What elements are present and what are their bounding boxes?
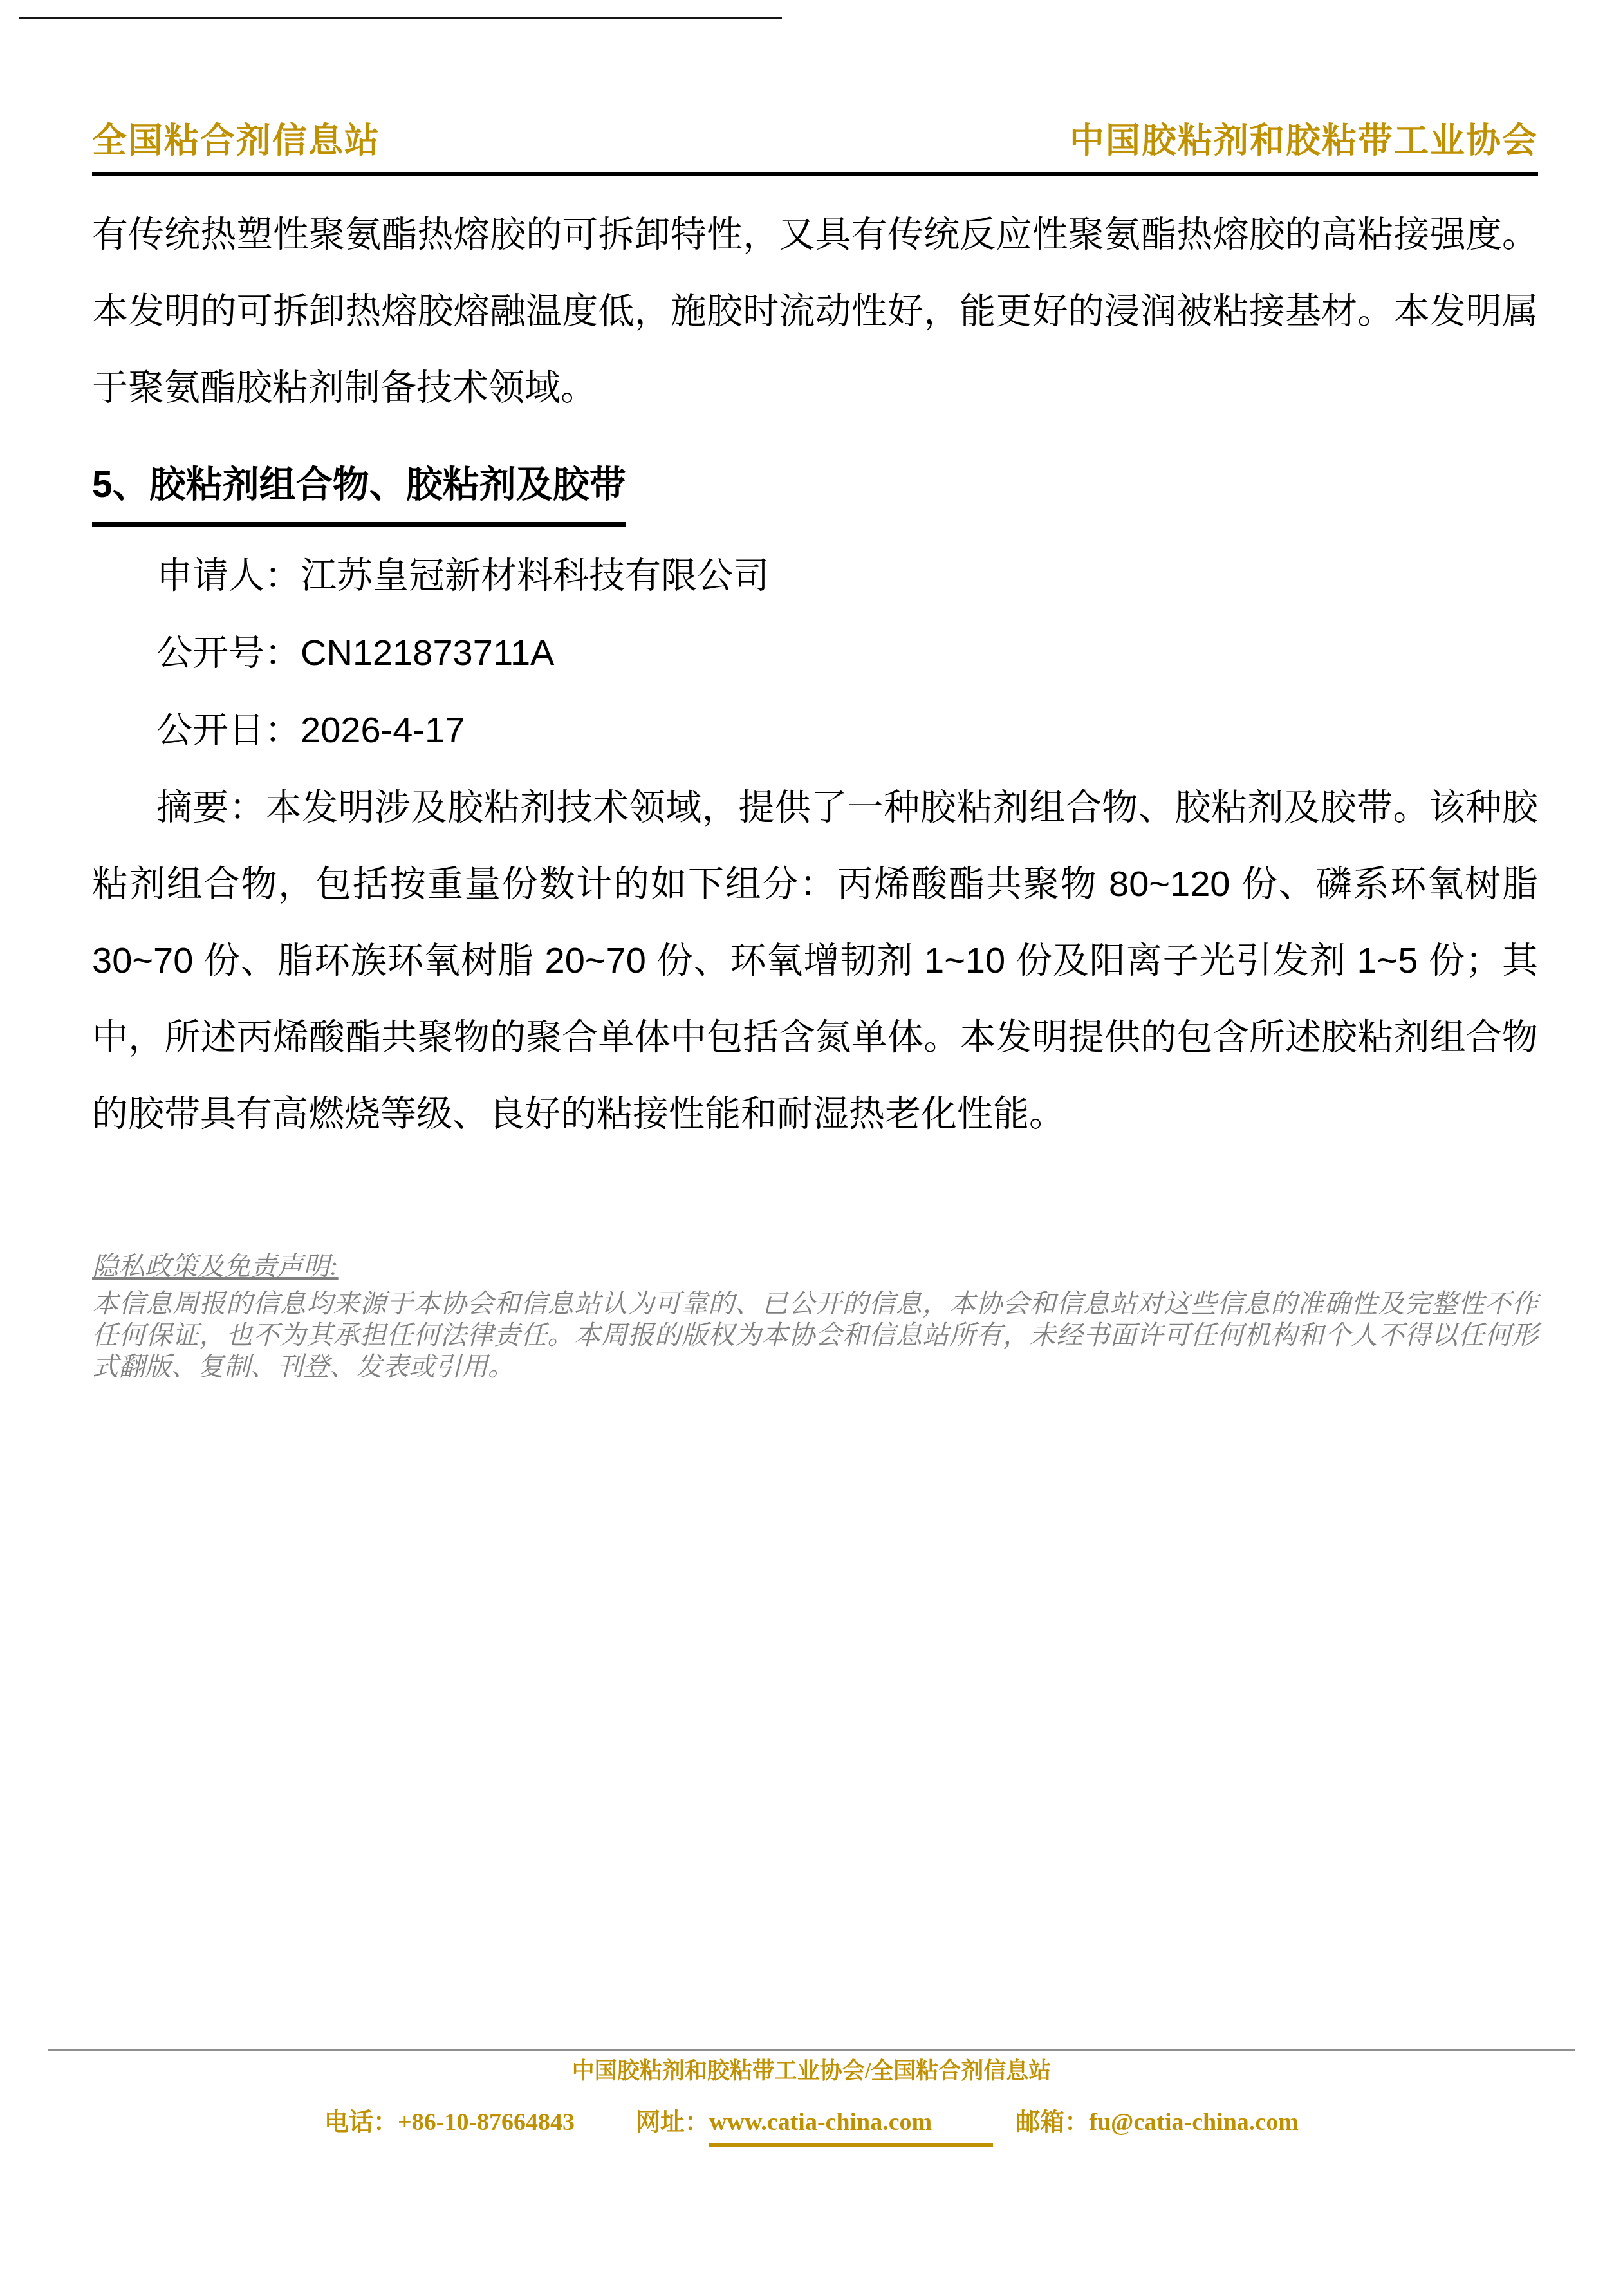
page-header: 全国粘合剂信息站 中国胶粘剂和胶粘带工业协会: [0, 0, 1623, 164]
patent-abstract: 摘要：本发明涉及胶粘剂技术领域，提供了一种胶粘剂组合物、胶粘剂及胶带。该种胶粘剂…: [92, 769, 1538, 1152]
abstract-label: 摘要：: [156, 787, 266, 827]
abstract-text: 本发明涉及胶粘剂技术领域，提供了一种胶粘剂组合物、胶粘剂及胶带。该种胶粘剂组合物…: [92, 787, 1538, 1134]
header-right-title: 中国胶粘剂和胶粘带工业协会: [1070, 118, 1538, 164]
footer-contact-line: 电话：+86-10-87664843网址：www.catia-china.com…: [0, 2104, 1623, 2147]
header-left-title: 全国粘合剂信息站: [92, 118, 380, 164]
patent-section-heading-text: 5、胶粘剂组合物、胶粘剂及胶带: [92, 453, 626, 527]
publication-number-field: 公开号：CN121873711A: [156, 614, 1538, 691]
header-divider-rule: [92, 172, 1538, 176]
email-address: fu@catia-china.com: [1089, 2109, 1299, 2136]
intro-paragraph: 有传统热塑性聚氨酯热熔胶的可拆卸特性，又具有传统反应性聚氨酯热熔胶的高粘接强度。…: [92, 196, 1538, 425]
publication-date-field: 公开日：2026-4-17: [156, 691, 1538, 769]
applicant-field: 申请人：江苏皇冠新材料科技有限公司: [156, 537, 1538, 614]
document-page: 全国粘合剂信息站 中国胶粘剂和胶粘带工业协会 有传统热塑性聚氨酯热熔胶的可拆卸特…: [0, 0, 1623, 2296]
website-link[interactable]: www.catia-china.com: [709, 2104, 993, 2147]
applicant-value: 江苏皇冠新材料科技有限公司: [301, 555, 769, 595]
applicant-label: 申请人：: [156, 555, 301, 595]
publication-date-label: 公开日：: [156, 709, 301, 750]
phone-number: +86-10-87664843: [398, 2109, 575, 2136]
footer-organization-line: 中国胶粘剂和胶粘带工业协会/全国粘合剂信息站: [0, 2056, 1623, 2087]
patent-fields: 申请人：江苏皇冠新材料科技有限公司 公开号：CN121873711A 公开日：2…: [156, 537, 1538, 769]
patent-section-heading: 5、胶粘剂组合物、胶粘剂及胶带: [92, 453, 1538, 527]
disclaimer-section: 隐私政策及免责声明: 本信息周报的信息均来源于本协会和信息站认为可靠的、已公开的…: [92, 1248, 1538, 1383]
publication-number-value: CN121873711A: [301, 632, 554, 673]
disclaimer-title: 隐私政策及免责声明:: [92, 1248, 1538, 1284]
footer-divider-rule: [48, 2049, 1575, 2051]
email-label: 邮箱：: [1016, 2109, 1089, 2136]
publication-number-label: 公开号：: [156, 632, 301, 673]
website-label: 网址：: [636, 2109, 709, 2136]
phone-label: 电话：: [324, 2109, 398, 2136]
publication-date-value: 2026-4-17: [301, 709, 465, 750]
disclaimer-body: 本信息周报的信息均来源于本协会和信息站认为可靠的、已公开的信息，本协会和信息站对…: [92, 1288, 1538, 1383]
scan-artifact-line: [19, 17, 782, 19]
